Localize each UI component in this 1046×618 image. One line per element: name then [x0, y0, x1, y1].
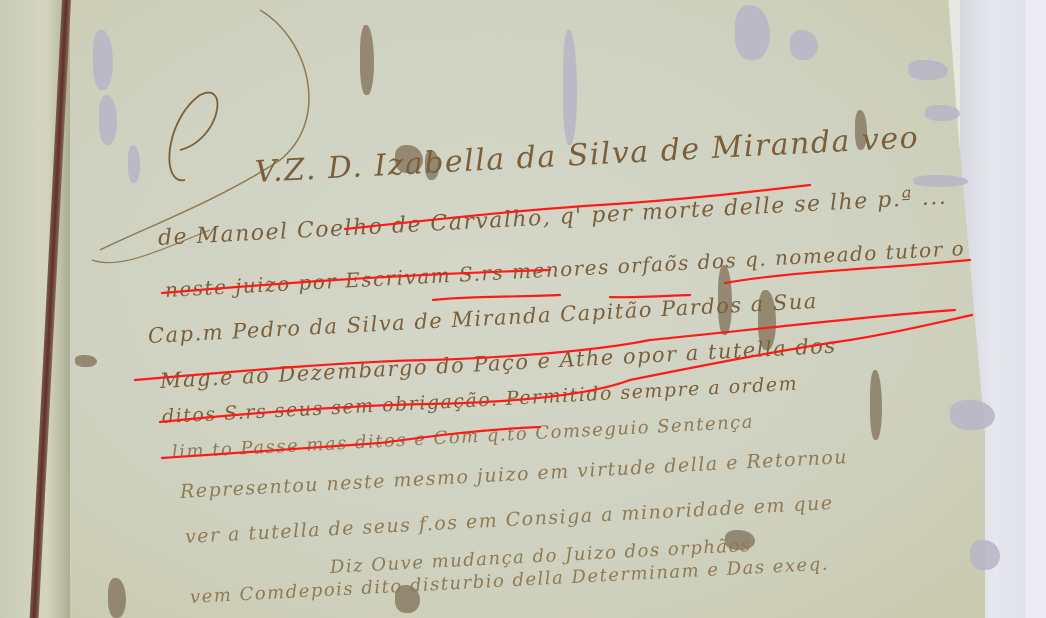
worm-hole: [970, 540, 1000, 570]
worm-hole: [75, 355, 97, 367]
underlying-page-edge: [1025, 0, 1046, 618]
worm-hole: [925, 105, 960, 121]
worm-hole: [790, 30, 818, 60]
worm-hole: [950, 400, 995, 430]
worm-hole: [908, 60, 948, 80]
manuscript-photo: V.Z. D. Izabella da Silva de Miranda veo…: [0, 0, 1046, 618]
worm-hole: [108, 578, 126, 618]
